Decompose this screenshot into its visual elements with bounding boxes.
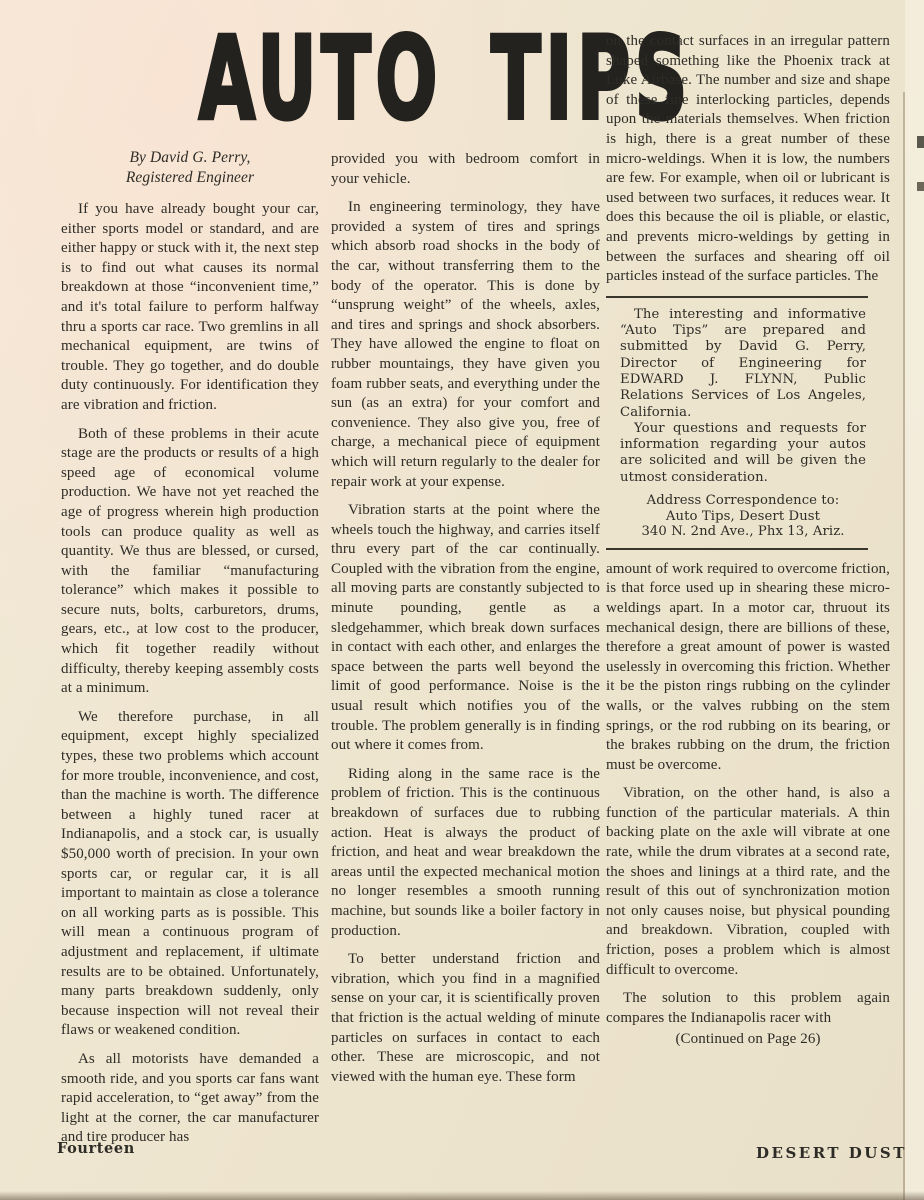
notice-paragraph: Your questions and requests for informat… — [620, 421, 866, 486]
byline-author: By David G. Perry, — [61, 148, 319, 168]
correspondence-address: Address Correspondence to: Auto Tips, De… — [620, 493, 866, 540]
column-middle: provided you with bedroom comfort in you… — [331, 150, 600, 1087]
paragraph: amount of work required to overcome fric… — [606, 560, 890, 776]
magazine-name: DESERT DUST — [756, 1144, 907, 1162]
address-line: Auto Tips, Desert Dust — [620, 509, 866, 525]
scan-artifact — [917, 182, 924, 191]
notice-paragraph: The interesting and informative “Auto Ti… — [620, 307, 866, 421]
page-edge-strip — [905, 0, 924, 1200]
page-number: Fourteen — [57, 1140, 135, 1157]
byline-credential: Registered Engineer — [61, 168, 319, 188]
notice-text: The interesting and informative “Auto Ti… — [620, 298, 866, 548]
address-line: Address Correspondence to: — [620, 493, 866, 509]
paragraph: We therefore purchase, in all equipment,… — [61, 708, 319, 1041]
paragraph: Vibration starts at the point where the … — [331, 501, 600, 756]
address-line: 340 N. 2nd Ave., Phx 13, Ariz. — [620, 524, 866, 540]
paragraph: In engineering terminology, they have pr… — [331, 198, 600, 492]
page-edge-shadow — [903, 92, 905, 1200]
scan-bottom-shadow — [0, 1191, 924, 1200]
paragraph: If you have already bought your car, eit… — [61, 200, 319, 416]
paragraph: Vibration, on the other hand, is also a … — [606, 784, 890, 980]
paragraph: As all motorists have demanded a smooth … — [61, 1050, 319, 1148]
paragraph: provided you with bedroom comfort in you… — [331, 150, 600, 189]
article-header: AUTO TIPS — [60, 22, 600, 136]
byline: By David G. Perry, Registered Engineer — [61, 148, 319, 188]
column-left: By David G. Perry, Registered Engineer I… — [61, 148, 319, 1148]
notice-box: The interesting and informative “Auto Ti… — [606, 296, 890, 550]
paragraph: Riding along in the same race is the pro… — [331, 765, 600, 941]
paragraph: To better understand friction and vibrat… — [331, 950, 600, 1087]
paragraph: Both of these problems in their acute st… — [61, 425, 319, 699]
paragraph: on the contact surfaces in an irregular … — [606, 32, 890, 287]
scan-artifact — [917, 136, 924, 148]
paragraph: The solution to this problem again compa… — [606, 989, 890, 1028]
column-right: on the contact surfaces in an irregular … — [606, 32, 890, 1049]
continued-note: (Continued on Page 26) — [606, 1029, 890, 1049]
magazine-page: AUTO TIPS By David G. Perry, Registered … — [0, 0, 924, 1200]
rule-bottom — [606, 548, 868, 550]
